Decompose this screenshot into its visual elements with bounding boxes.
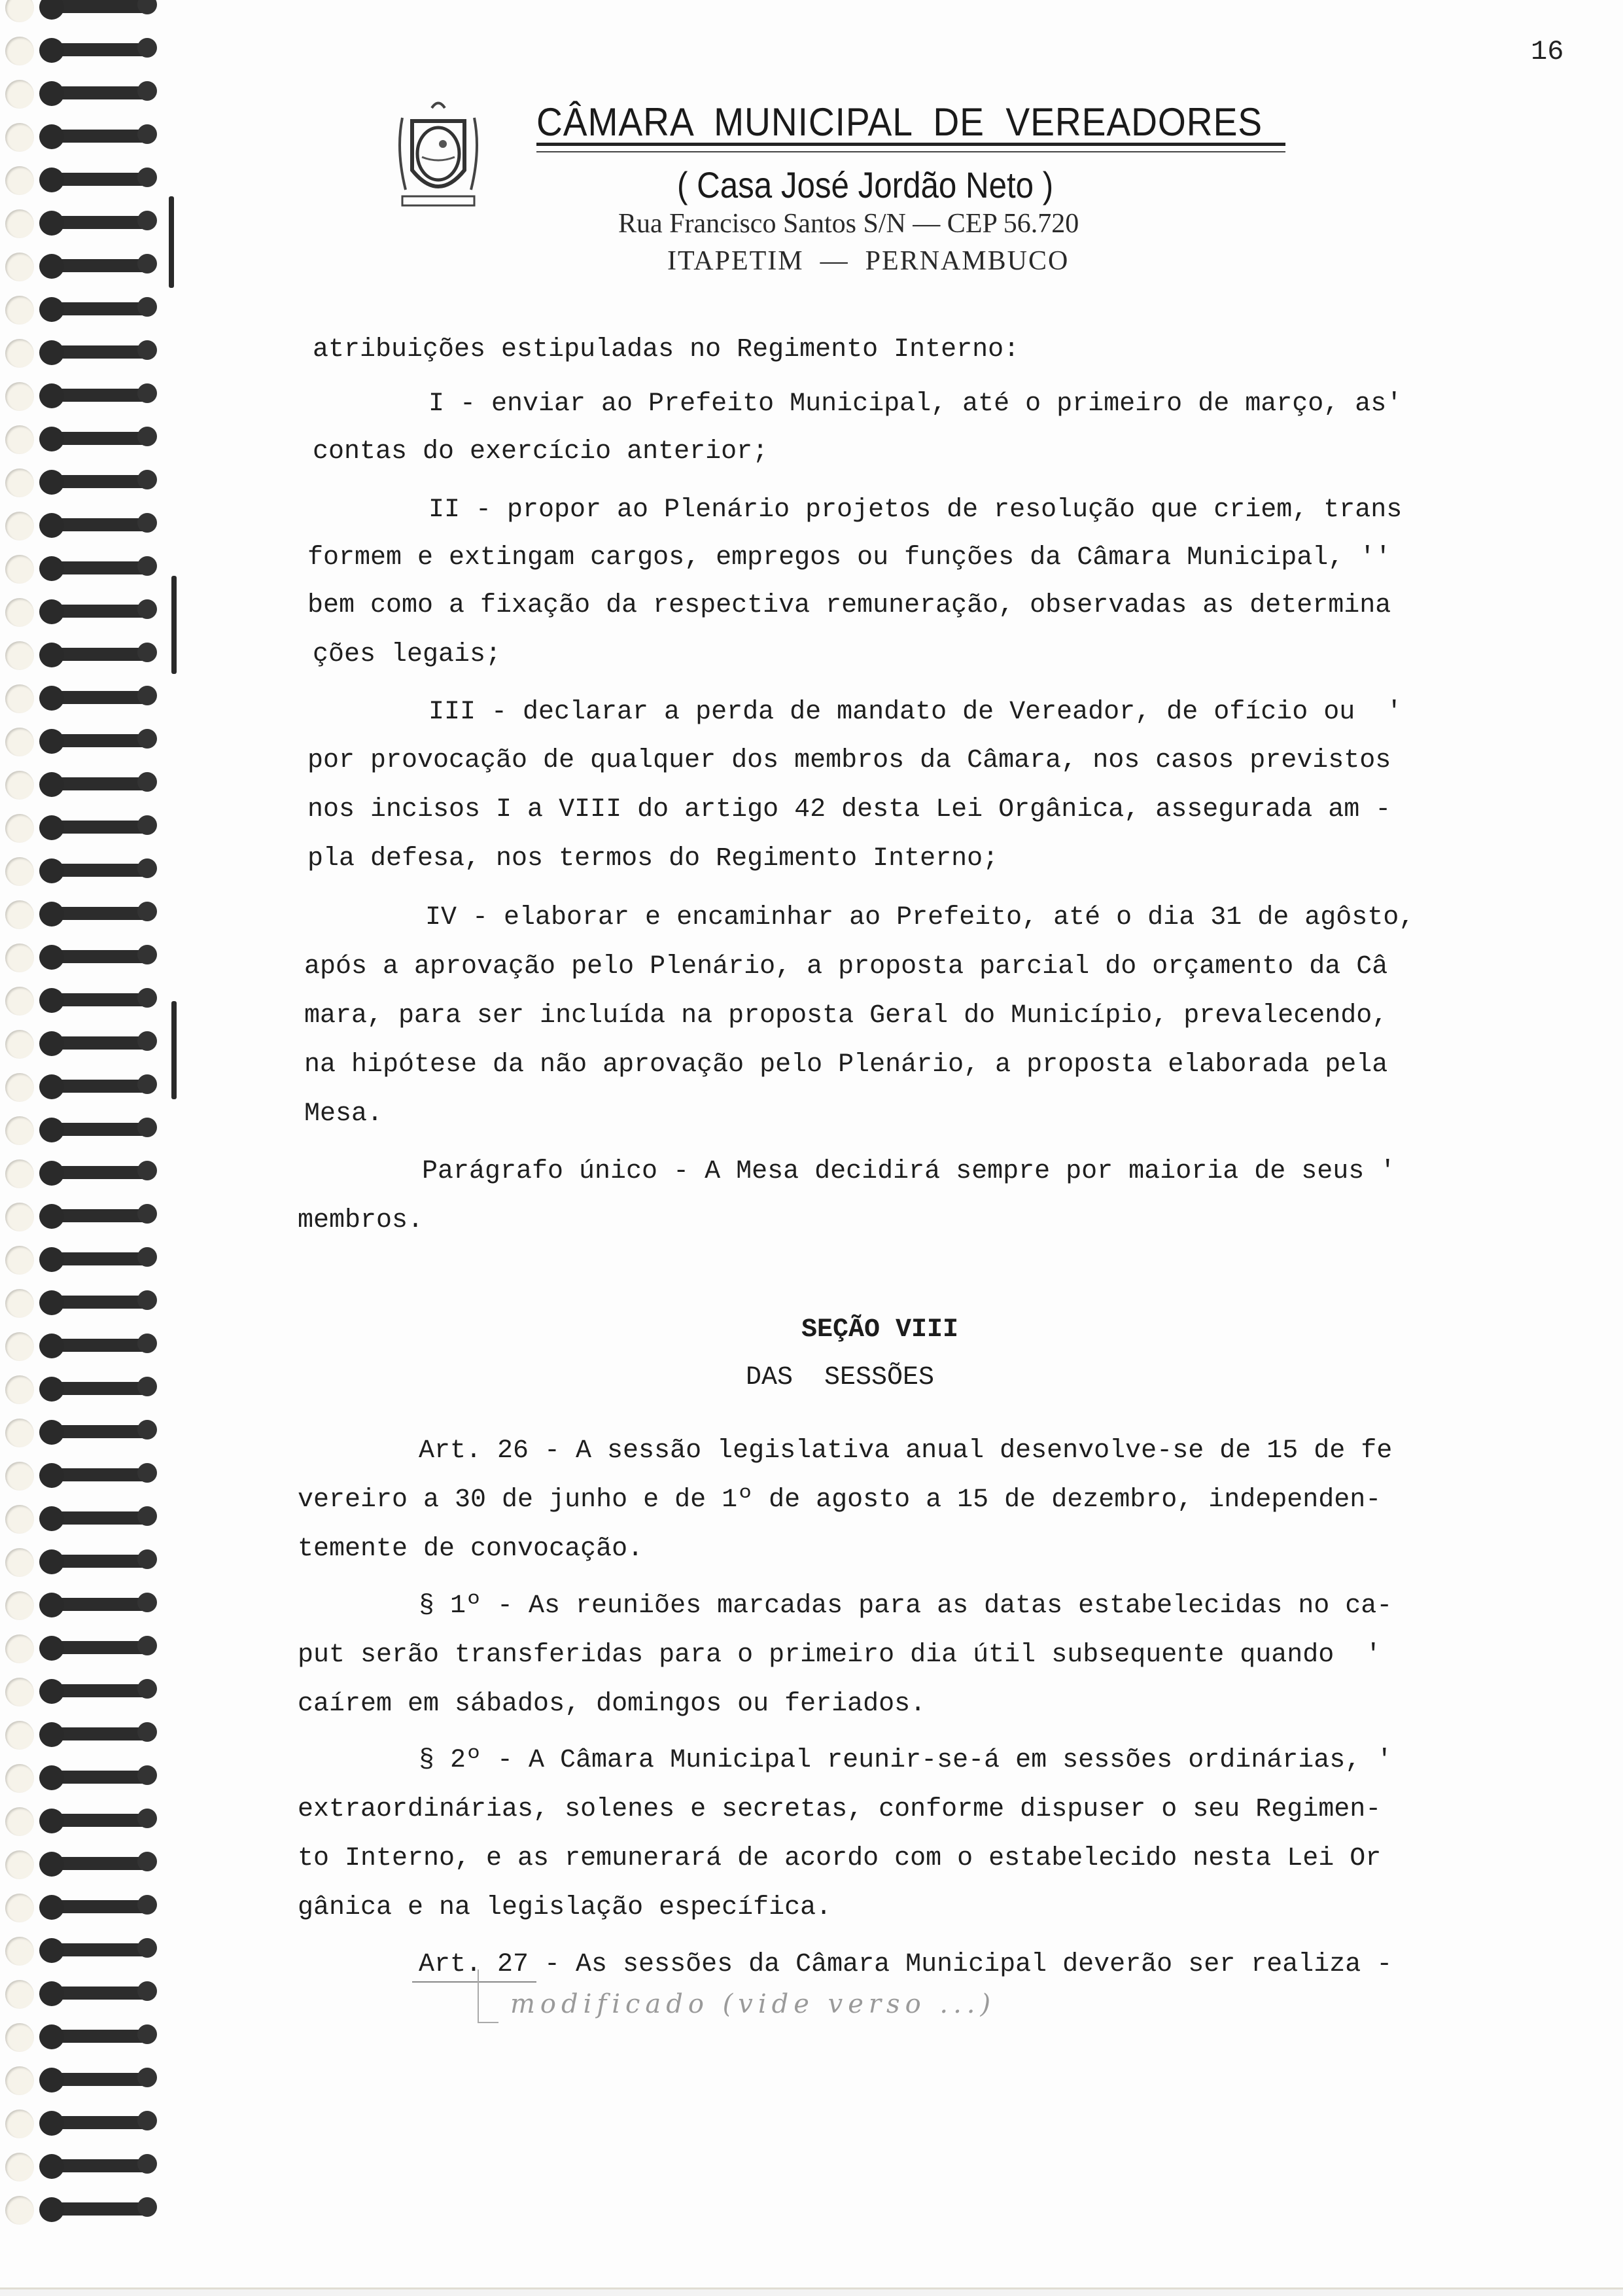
text-line: extraordinárias, solenes e secretas, con…	[298, 1795, 1381, 1824]
wire-loop	[43, 1425, 154, 1438]
wire-loop	[43, 1166, 154, 1179]
binding-coil	[0, 937, 157, 980]
punch-hole	[5, 2196, 34, 2225]
coat-of-arms-icon	[376, 92, 500, 216]
wire-loop	[43, 518, 154, 531]
section-title: DAS SESSÕES	[746, 1363, 934, 1392]
binding-coil	[0, 635, 157, 678]
punch-hole	[5, 987, 34, 1016]
text-line: bem como a fixação da respectiva remuner…	[307, 591, 1391, 620]
binding-coil	[0, 1757, 157, 1801]
punch-hole	[5, 684, 34, 713]
binding-coil	[0, 1973, 157, 2017]
binding-coil	[0, 1067, 157, 1110]
punch-hole	[5, 253, 34, 281]
margin-bracket-mark	[171, 1001, 177, 1099]
punch-hole	[5, 1375, 34, 1404]
punch-hole	[5, 1030, 34, 1059]
binding-coil	[0, 1801, 157, 1844]
text-line: gânica e na legislação específica.	[298, 1893, 831, 1922]
address: Rua Francisco Santos S/N — CEP 56.720	[618, 208, 1079, 239]
text-line: put serão transferidas para o primeiro d…	[298, 1640, 1381, 1670]
punch-hole	[5, 1159, 34, 1188]
binding-coil	[0, 419, 157, 462]
wire-loop	[43, 1641, 154, 1654]
punch-hole	[5, 1505, 34, 1534]
punch-hole	[5, 598, 34, 627]
punch-hole	[5, 1116, 34, 1145]
punch-hole	[5, 814, 34, 843]
punch-hole	[5, 37, 34, 65]
wire-loop	[43, 1987, 154, 2000]
house-name: ( Casa José Jordão Neto )	[677, 164, 1053, 206]
punch-hole	[5, 2153, 34, 2181]
binding-coil	[0, 1023, 157, 1067]
wire-loop	[43, 130, 154, 143]
binding-coil	[0, 160, 157, 203]
handwritten-note-text: modificado (vide verso ...)	[510, 1989, 996, 2019]
punch-hole	[5, 1203, 34, 1231]
binding-coil	[0, 678, 157, 721]
wire-loop	[43, 43, 154, 56]
wire-loop	[43, 475, 154, 488]
punch-hole	[5, 468, 34, 497]
wire-loop	[43, 259, 154, 272]
wire-loop	[43, 1727, 154, 1740]
spiral-binding	[0, 0, 157, 2251]
binding-coil	[0, 1239, 157, 1282]
wire-loop	[43, 691, 154, 704]
wire-loop	[43, 821, 154, 834]
text-line: caírem em sábados, domingos ou feriados.	[298, 1689, 926, 1719]
punch-hole	[5, 209, 34, 238]
binding-coil	[0, 1326, 157, 1369]
binding-coil	[0, 462, 157, 505]
wire-loop	[43, 2116, 154, 2129]
handwritten-note: modificado (vide verso ...)	[478, 1983, 1289, 2074]
punch-hole	[5, 1289, 34, 1318]
text-line: IV - elaborar e encaminhar ao Prefeito, …	[425, 903, 1414, 932]
punch-hole	[5, 1850, 34, 1879]
binding-coil	[0, 1369, 157, 1412]
binding-coil	[0, 851, 157, 894]
text-line: § 2º - A Câmara Municipal reunir-se-á em…	[419, 1746, 1392, 1775]
wire-loop	[43, 1598, 154, 1611]
wire-loop	[43, 993, 154, 1006]
text-line: nos incisos I a VIII do artigo 42 desta …	[307, 795, 1391, 824]
binding-coil	[0, 1498, 157, 1542]
text-line: após a aprovação pelo Plenário, a propos…	[304, 952, 1387, 981]
punch-hole	[5, 1678, 34, 1706]
punch-hole	[5, 944, 34, 972]
wire-loop	[43, 1684, 154, 1697]
wire-loop	[43, 605, 154, 618]
punch-hole	[5, 900, 34, 929]
binding-coil	[0, 894, 157, 937]
wire-loop	[43, 648, 154, 661]
punch-hole	[5, 1419, 34, 1447]
wire-loop	[43, 777, 154, 790]
binding-coil	[0, 1282, 157, 1326]
annotation-hook	[478, 1969, 498, 2023]
wire-loop	[43, 1123, 154, 1136]
punch-hole	[5, 425, 34, 454]
punch-hole	[5, 1462, 34, 1491]
binding-coil	[0, 1412, 157, 1455]
punch-hole	[5, 1937, 34, 1966]
wire-loop	[43, 345, 154, 359]
wire-loop	[43, 1296, 154, 1309]
punch-hole	[5, 123, 34, 152]
punch-hole	[5, 1332, 34, 1361]
wire-loop	[43, 2030, 154, 2043]
wire-loop	[43, 2159, 154, 2172]
wire-loop	[43, 1339, 154, 1352]
binding-coil	[0, 2060, 157, 2103]
binding-coil	[0, 376, 157, 419]
text-line: formem e extingam cargos, empregos ou fu…	[307, 543, 1391, 573]
wire-loop	[43, 1209, 154, 1222]
text-line: temente de convocação.	[298, 1534, 643, 1564]
binding-coil	[0, 1585, 157, 1628]
binding-coil	[0, 116, 157, 160]
binding-coil	[0, 548, 157, 592]
wire-loop	[43, 1900, 154, 1913]
wire-loop	[43, 561, 154, 574]
punch-hole	[5, 1548, 34, 1577]
text-line: § 1º - As reuniões marcadas para as data…	[419, 1591, 1392, 1621]
binding-coil	[0, 1153, 157, 1196]
punch-hole	[5, 2023, 34, 2052]
text-line: ções legais;	[313, 640, 501, 669]
punch-hole	[5, 296, 34, 325]
punch-hole	[5, 1246, 34, 1275]
city-state: ITAPETIM — PERNAMBUCO	[667, 245, 1069, 277]
text-line: III - declarar a perda de mandato de Ver…	[428, 698, 1402, 727]
text-line: pla defesa, nos termos do Regimento Inte…	[307, 844, 998, 874]
binding-coil	[0, 1671, 157, 1714]
wire-loop	[43, 389, 154, 402]
binding-coil	[0, 2103, 157, 2146]
text-line: Art. 27 - As sessões da Câmara Municipal…	[419, 1950, 1392, 1979]
punch-hole	[5, 1591, 34, 1620]
binding-coil	[0, 1542, 157, 1585]
binding-coil	[0, 1930, 157, 1973]
wire-loop	[43, 1555, 154, 1568]
binding-coil	[0, 807, 157, 851]
text-line: Mesa.	[304, 1099, 383, 1129]
wire-loop	[43, 1771, 154, 1784]
text-line: Parágrafo único - A Mesa decidirá sempre…	[422, 1157, 1395, 1186]
wire-loop	[43, 173, 154, 186]
binding-coil	[0, 980, 157, 1023]
wire-loop	[43, 0, 154, 13]
wire-loop	[43, 907, 154, 920]
binding-coil	[0, 1714, 157, 1757]
text-line: vereiro a 30 de junho e de 1º de agosto …	[298, 1485, 1381, 1515]
wire-loop	[43, 1857, 154, 1870]
wire-loop	[43, 2073, 154, 2086]
wire-loop	[43, 1080, 154, 1093]
binding-coil	[0, 1196, 157, 1239]
text-line: to Interno, e as remunerará de acordo co…	[298, 1844, 1381, 1873]
page-number: 16	[1531, 36, 1563, 67]
binding-coil	[0, 721, 157, 764]
binding-coil	[0, 1844, 157, 1887]
wire-loop	[43, 1511, 154, 1525]
punch-hole	[5, 339, 34, 368]
punch-hole	[5, 771, 34, 800]
binding-coil	[0, 764, 157, 807]
binding-coil	[0, 1887, 157, 1930]
punch-hole	[5, 641, 34, 670]
punch-hole	[5, 2110, 34, 2138]
header-divider	[536, 143, 1285, 152]
punch-hole	[5, 382, 34, 411]
punch-hole	[5, 1073, 34, 1102]
page-edge	[0, 2287, 1623, 2296]
wire-loop	[43, 734, 154, 747]
wire-loop	[43, 950, 154, 963]
punch-hole	[5, 166, 34, 195]
binding-coil	[0, 203, 157, 246]
punch-hole	[5, 1634, 34, 1663]
punch-hole	[5, 1721, 34, 1750]
binding-coil	[0, 1455, 157, 1498]
binding-coil	[0, 592, 157, 635]
wire-loop	[43, 302, 154, 315]
text-line: mara, para ser incluída na proposta Gera…	[304, 1001, 1387, 1031]
margin-bracket-mark	[171, 576, 177, 674]
punch-hole	[5, 1894, 34, 1922]
binding-coil	[0, 0, 157, 30]
wire-loop	[43, 864, 154, 877]
wire-loop	[43, 86, 154, 99]
binding-coil	[0, 2017, 157, 2060]
institution-title: CÂMARA MUNICIPAL DE VEREADORES	[536, 99, 1263, 145]
punch-hole	[5, 512, 34, 540]
wire-loop	[43, 1036, 154, 1050]
text-line: membros.	[298, 1206, 423, 1235]
text-line: por provocação de qualquer dos membros d…	[307, 746, 1391, 775]
wire-loop	[43, 1382, 154, 1395]
punch-hole	[5, 728, 34, 756]
wire-loop	[43, 1814, 154, 1827]
text-line: Art. 26 - A sessão legislativa anual des…	[419, 1436, 1392, 1466]
binding-coil	[0, 1628, 157, 1671]
punch-hole	[5, 1980, 34, 2009]
wire-loop	[43, 2202, 154, 2216]
punch-hole	[5, 2066, 34, 2095]
text-line: na hipótese da não aprovação pelo Plenár…	[304, 1050, 1387, 1080]
binding-coil	[0, 73, 157, 116]
binding-coil	[0, 246, 157, 289]
wire-loop	[43, 216, 154, 229]
margin-bracket-mark	[169, 196, 174, 288]
punch-hole	[5, 1764, 34, 1793]
binding-coil	[0, 30, 157, 73]
wire-loop	[43, 1468, 154, 1481]
text-line: II - propor ao Plenário projetos de reso…	[428, 495, 1402, 525]
wire-loop	[43, 1943, 154, 1956]
wire-loop	[43, 1252, 154, 1265]
text-line: atribuições estipuladas no Regimento Int…	[313, 335, 1019, 364]
text-line: I - enviar ao Prefeito Municipal, até o …	[428, 389, 1402, 419]
binding-coil	[0, 289, 157, 332]
binding-coil	[0, 2146, 157, 2189]
wire-loop	[43, 432, 154, 445]
punch-hole	[5, 555, 34, 584]
binding-coil	[0, 332, 157, 376]
binding-coil	[0, 1110, 157, 1153]
punch-hole	[5, 80, 34, 109]
punch-hole	[5, 1807, 34, 1836]
section-number: SEÇÃO VIII	[801, 1315, 958, 1345]
text-line: contas do exercício anterior;	[313, 437, 768, 467]
binding-coil	[0, 505, 157, 548]
punch-hole	[5, 857, 34, 886]
punch-hole	[5, 0, 34, 22]
binding-coil	[0, 2189, 157, 2233]
